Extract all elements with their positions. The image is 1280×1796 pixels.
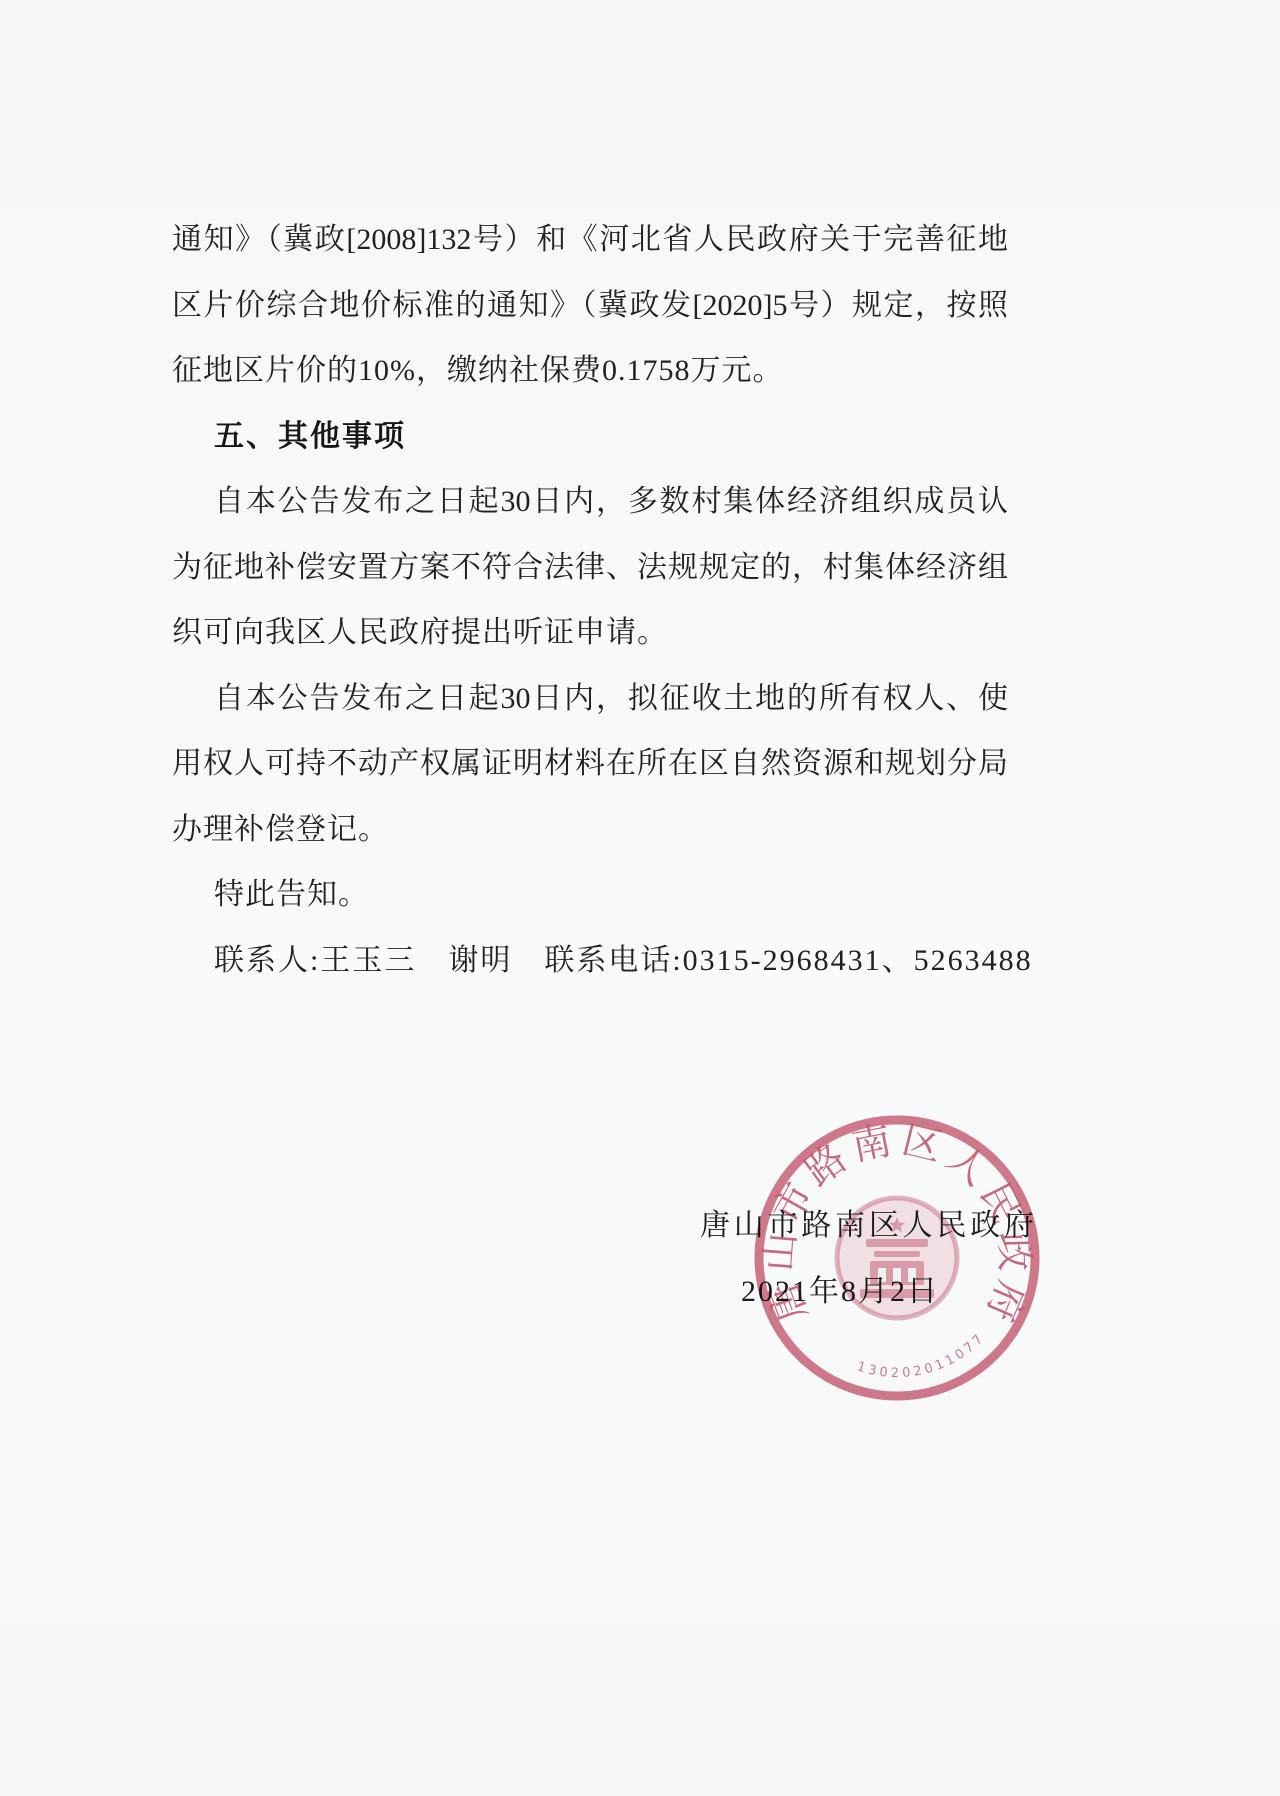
contact-line: 联系人:王玉三 谢明 联系电话:0315-2968431、5263488	[172, 928, 1008, 994]
body-line: 织可向我区人民政府提出听证申请。	[172, 600, 1008, 666]
body-line: 自本公告发布之日起30日内，多数村集体经济组织成员认	[172, 469, 1008, 535]
closing-line: 特此告知。	[172, 862, 1008, 928]
body-line: 用权人可持不动产权属证明材料在所在区自然资源和规划分局	[172, 731, 1008, 797]
document-page: 通知》（冀政[2008]132号）和《河北省人民政府关于完善征地 区片价综合地价…	[0, 0, 1280, 1796]
national-emblem-icon	[837, 1198, 957, 1318]
body-line: 自本公告发布之日起30日内，拟征收土地的所有权人、使	[172, 666, 1008, 732]
section-heading: 五、其他事项	[172, 404, 1008, 470]
official-seal: 唐山市路南区人民政府 1302020110775	[747, 1108, 1047, 1408]
notice-body: 通知》（冀政[2008]132号）和《河北省人民政府关于完善征地 区片价综合地价…	[172, 207, 1008, 993]
body-line: 征地区片价的10%，缴纳社保费0.1758万元。	[172, 338, 1008, 404]
body-line: 区片价综合地价标准的通知》（冀政发[2020]5号）规定，按照	[172, 273, 1008, 339]
body-line: 通知》（冀政[2008]132号）和《河北省人民政府关于完善征地	[172, 207, 1008, 273]
body-line: 办理补偿登记。	[172, 797, 1008, 863]
body-line: 为征地补偿安置方案不符合法律、法规规定的，村集体经济组	[172, 535, 1008, 601]
